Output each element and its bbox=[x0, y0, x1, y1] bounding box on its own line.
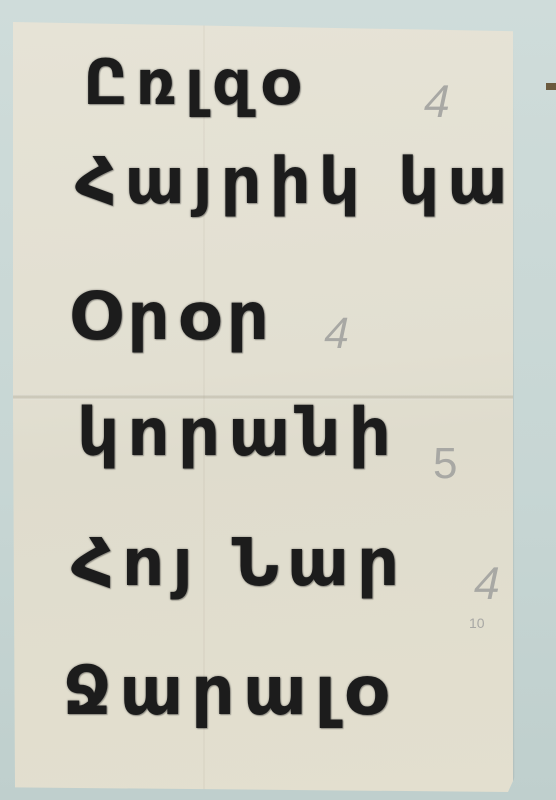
ink-line-3: Օրօր bbox=[69, 284, 277, 350]
pencil-score-5: 10 bbox=[469, 616, 485, 630]
pencil-grade-3: 4 bbox=[320, 312, 354, 356]
ink-line-6: Ջարալօ bbox=[63, 658, 394, 726]
pencil-grade-5: 4 bbox=[470, 560, 505, 606]
pencil-grade-4: 5 bbox=[433, 442, 457, 486]
paper-sheet: Ըռլզօ 4 Հայրիկ կար։ Օրօր 4 կորանի 5 Հոյ … bbox=[13, 22, 513, 792]
ink-line-5: Հոյ Նար bbox=[71, 530, 407, 596]
ink-line-1: Ըռլզօ bbox=[83, 52, 306, 114]
binder-tab bbox=[546, 83, 556, 90]
ink-line-2: Հայրիկ կար։ bbox=[75, 150, 556, 214]
pencil-grade-1: 4 bbox=[420, 78, 455, 124]
ink-line-4: կորանի bbox=[77, 400, 399, 466]
